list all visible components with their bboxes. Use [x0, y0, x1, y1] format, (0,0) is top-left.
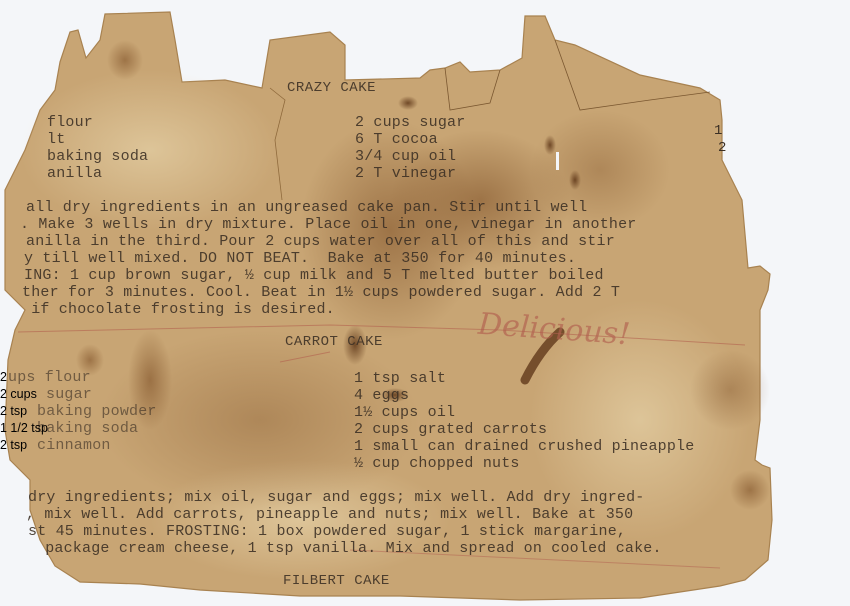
ingredient: sugar	[46, 386, 92, 403]
ingredient: baking powder	[37, 403, 157, 420]
edge-number: 1	[714, 123, 722, 139]
direction-line: . Make 3 wells in dry mixture. Place oil…	[20, 216, 637, 233]
direction-line: if chocolate frosting is desired.	[22, 301, 335, 318]
annotation-text: 1 1/2 tsp	[0, 420, 48, 437]
ingredient: 3/4 cup oil	[355, 148, 456, 165]
ingredient: 4 eggs	[354, 387, 409, 404]
ingredient: 6 T cocoa	[355, 131, 438, 148]
ingredient: baking soda	[37, 420, 138, 437]
ingredient: 2 cups sugar	[355, 114, 465, 131]
ingredient: baking soda	[47, 148, 148, 165]
ingredient: ups flour	[8, 369, 91, 386]
ingredient: cinnamon	[37, 437, 111, 454]
direction-line: anilla in the third. Pour 2 cups water o…	[26, 233, 615, 250]
ingredient: flour	[47, 114, 93, 131]
crazy-cake-title: CRAZY CAKE	[287, 80, 376, 97]
ingredient: 1 small can drained crushed pineapple	[354, 438, 694, 455]
direction-line: ING: 1 cup brown sugar, ½ cup milk and 5…	[24, 267, 604, 284]
ingredient: anilla	[47, 165, 102, 182]
direction-line: ther for 3 minutes. Cool. Beat in 1½ cup…	[22, 284, 620, 301]
direction-line: dry ingredients; mix oil, sugar and eggs…	[28, 489, 645, 506]
direction-line: y till well mixed. DO NOT BEAT. Bake at …	[24, 250, 576, 267]
direction-line: st 45 minutes. FROSTING: 1 box powdered …	[28, 523, 626, 540]
direction-line: all dry ingredients in an ungreased cake…	[26, 199, 587, 216]
annotation-text: 2 tsp	[0, 437, 27, 454]
direction-line: , mix well. Add carrots, pineapple and n…	[26, 506, 633, 523]
ingredient: 1½ cups oil	[354, 404, 455, 421]
filbert-cake-title: FILBERT CAKE	[283, 573, 390, 590]
ingredient: 2 cups grated carrots	[354, 421, 547, 438]
annotation-text: 2 cups	[0, 386, 37, 403]
direction-line: package cream cheese, 1 tsp vanilla. Mix…	[36, 540, 662, 557]
annotation-text: 2 tsp	[0, 403, 27, 420]
ingredient: 1 tsp salt	[354, 370, 446, 387]
edge-number: 2	[718, 140, 726, 156]
ingredient: ½ cup chopped nuts	[354, 455, 520, 472]
carrot-cake-title: CARROT CAKE	[285, 334, 383, 351]
ingredient: lt	[47, 131, 65, 148]
annotation-text: 2	[0, 369, 7, 386]
ingredient: 2 T vinegar	[355, 165, 456, 182]
